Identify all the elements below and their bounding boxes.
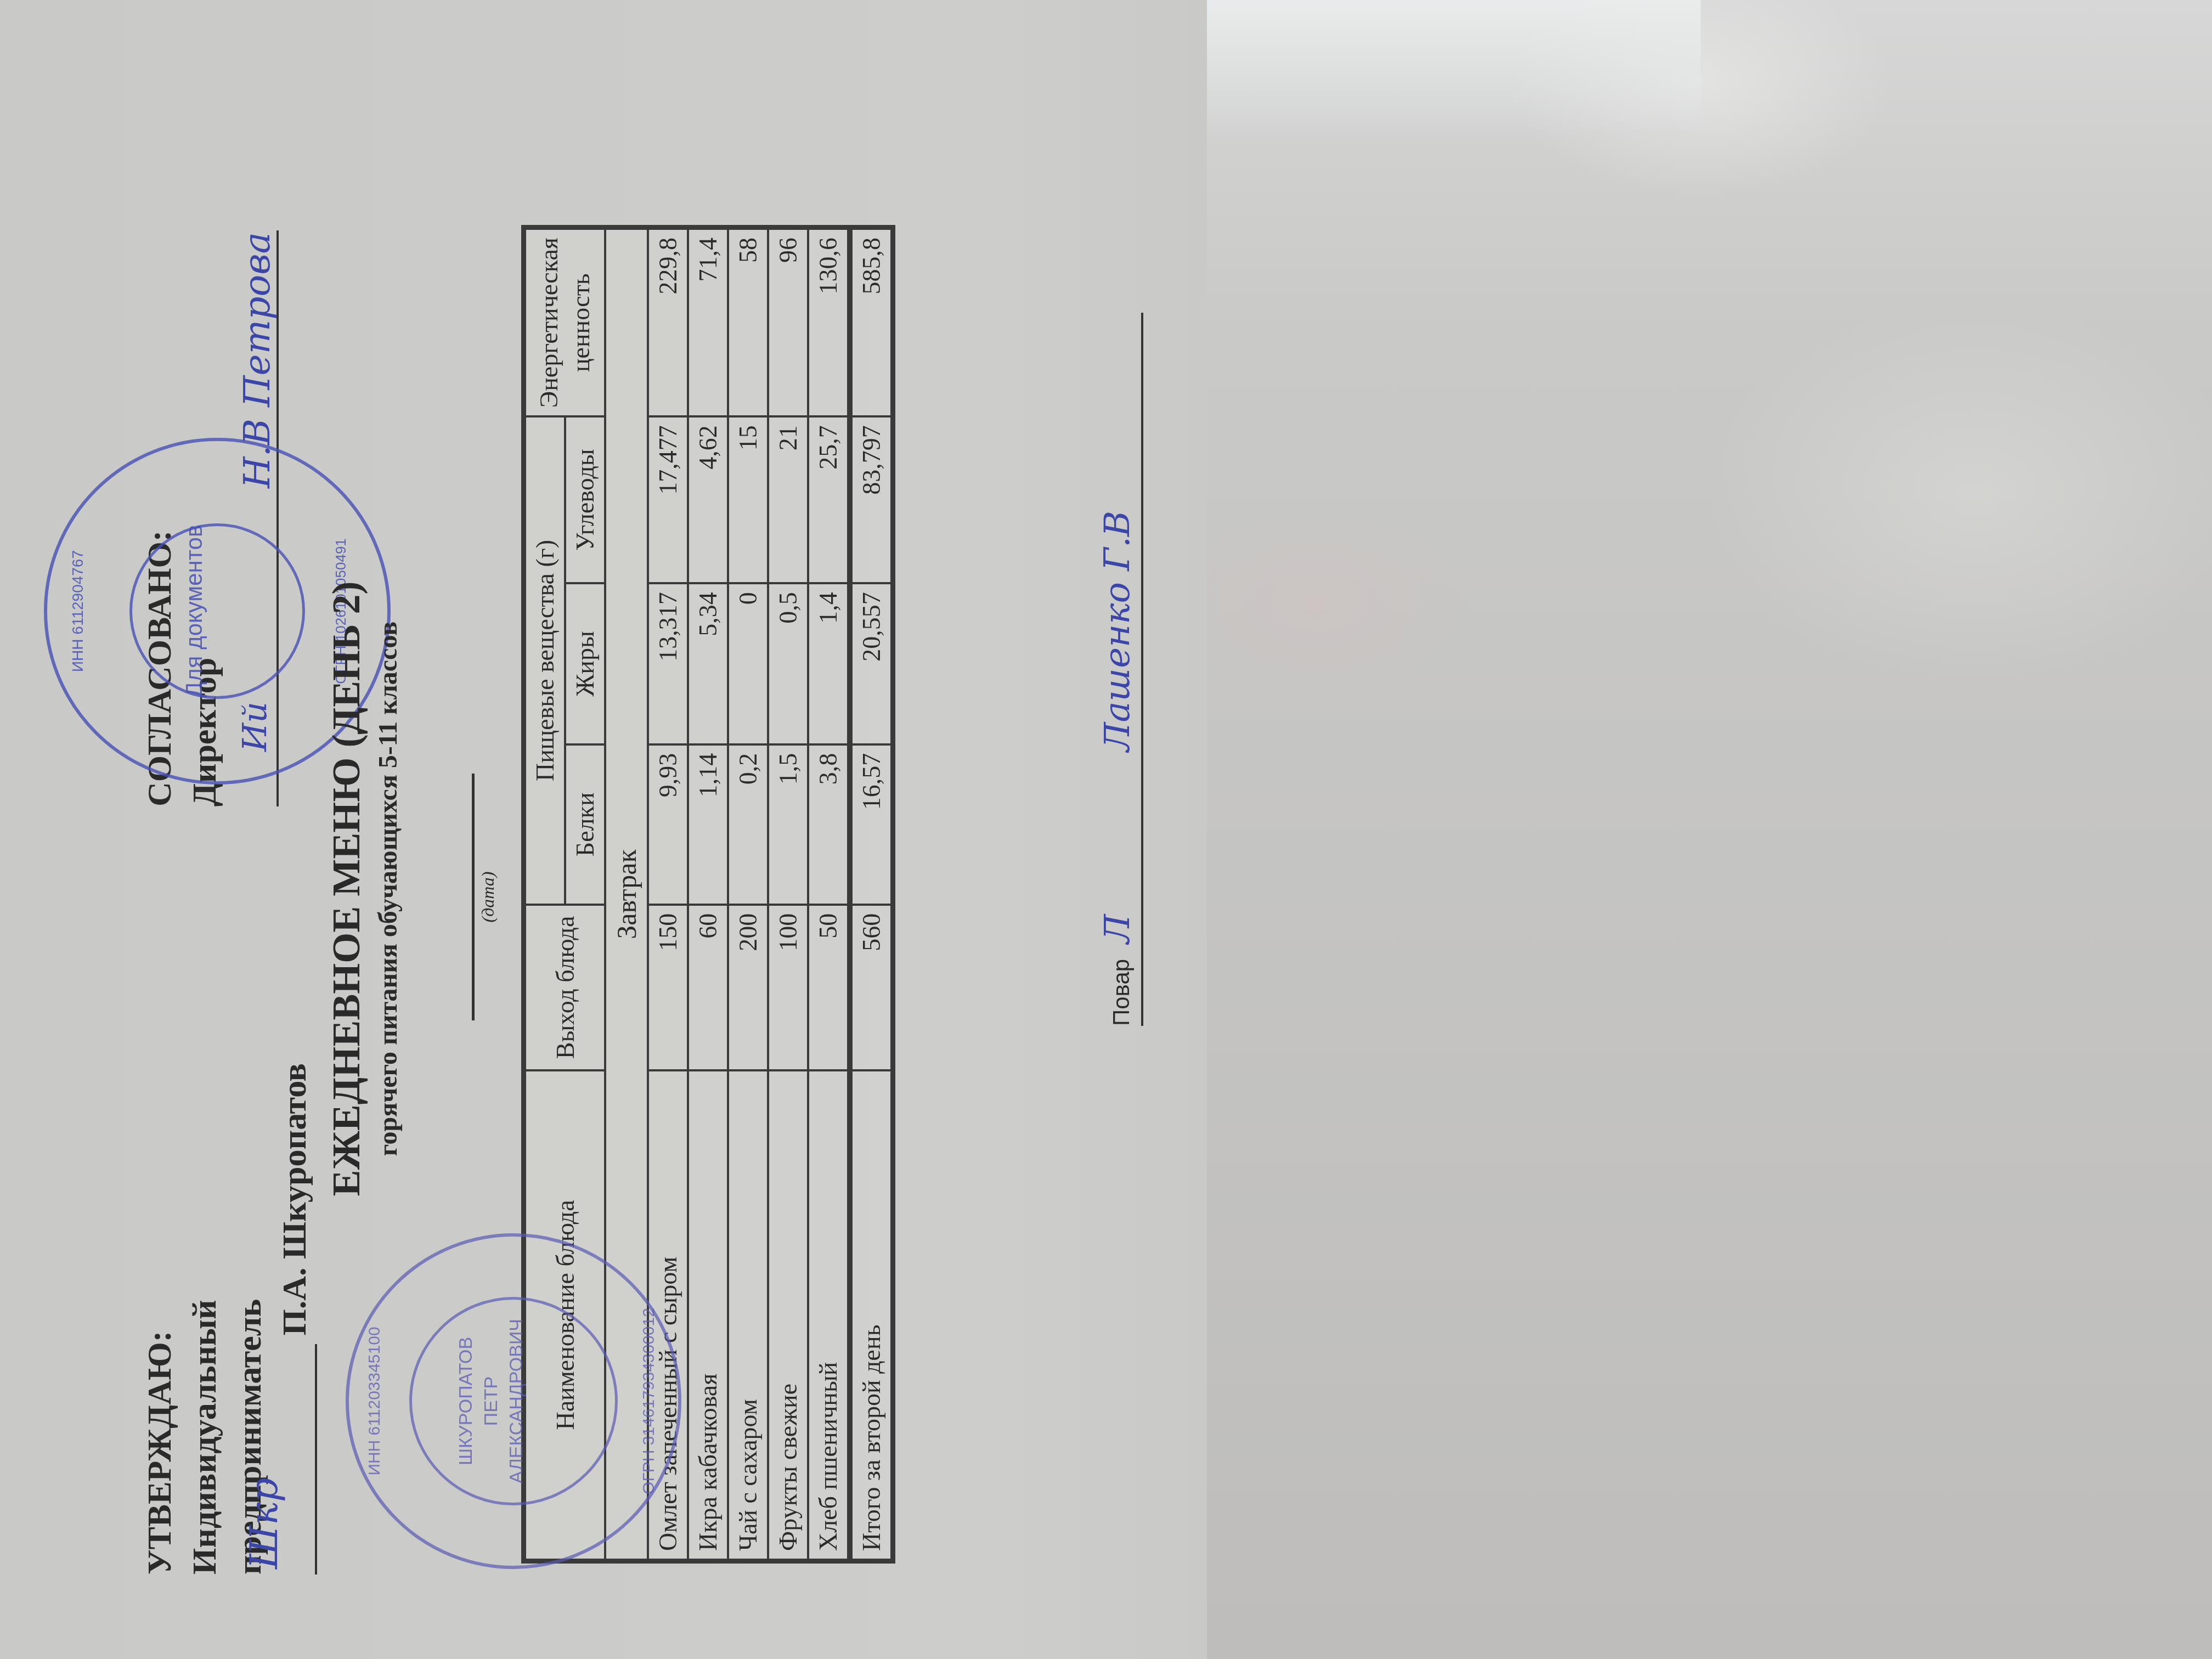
cell-proteins: 1,14: [688, 744, 728, 905]
cell-carbs: 15: [728, 416, 768, 583]
ip-stamp-patronymic: АЛЕКСАНДРОВИЧ: [504, 1302, 529, 1500]
cook-signature-mark: Л: [1097, 915, 1138, 944]
cell-energy: 130,6: [808, 228, 850, 417]
cell-name: Фрукты свежие: [768, 1070, 808, 1561]
cell-carbs: 25,7: [808, 416, 850, 583]
cell-carbs: 21: [768, 416, 808, 583]
cook-signature-line: [1141, 313, 1143, 1026]
ip-stamp-inn: ИНН 611203345100: [365, 1237, 384, 1566]
table-row: Чай с сахаром2000,201558: [728, 228, 768, 1561]
table-row: Фрукты свежие1001,50,52196: [768, 228, 808, 1561]
cell-energy: 71,4: [688, 228, 728, 417]
cell-name: Икра кабачковая: [688, 1070, 728, 1561]
window-glare: [1207, 0, 1701, 137]
approval-signatory: П.А. Шкуропатов: [276, 1063, 313, 1336]
entrepreneur-stamp: ИНН 611203345100 ШКУРОПАТОВ ПЕТР АЛЕКСАН…: [346, 1233, 681, 1569]
cell-fats: 5,34: [688, 583, 728, 744]
header-output: Выход блюда: [524, 905, 606, 1070]
total-name: Итого за второй день: [850, 1070, 893, 1561]
cell-fats: 13,317: [648, 583, 688, 744]
date-field: (дата): [472, 774, 498, 1020]
table-row: Хлеб пшеничный503,81,425,7130,6: [808, 228, 850, 1561]
menu-document: УТВЕРЖДАЮ: Индивидуальный предпринимател…: [137, 203, 1180, 1575]
cell-proteins: 0,2: [728, 744, 768, 905]
cell-output: 100: [768, 905, 808, 1070]
total-fats: 20,557: [850, 583, 893, 744]
approval-block: УТВЕРЖДАЮ: Индивидуальный предпринимател…: [137, 1063, 317, 1575]
ip-stamp-surname: ШКУРОПАТОВ: [453, 1302, 478, 1500]
total-energy: 585,8: [850, 228, 893, 417]
cell-name: Чай с сахаром: [728, 1070, 768, 1561]
cell-output: 150: [648, 905, 688, 1070]
cell-carbs: 17,477: [648, 416, 688, 583]
cell-name: Хлеб пшеничный: [808, 1070, 850, 1561]
cell-output: 60: [688, 905, 728, 1070]
approval-heading: УТВЕРЖДАЮ:: [137, 1063, 182, 1575]
cell-output: 50: [808, 905, 850, 1070]
cell-energy: 58: [728, 228, 768, 417]
cell-energy: 229,8: [648, 228, 688, 417]
header-energy: Энергетическая ценность: [524, 228, 606, 417]
cell-proteins: 3,8: [808, 744, 850, 905]
header-fats: Жиры: [565, 583, 605, 744]
cook-label: Повар: [1108, 959, 1135, 1026]
cook-signature: Лашенко Г.В: [1097, 511, 1138, 752]
cell-fats: 0: [728, 583, 768, 744]
school-stamp-inner-ring: [129, 523, 305, 699]
total-proteins: 16,57: [850, 744, 893, 905]
header-proteins: Белки: [565, 744, 605, 905]
school-stamp-center: Для документов: [179, 523, 210, 699]
cell-output: 200: [728, 905, 768, 1070]
cell-energy: 96: [768, 228, 808, 417]
glass-reflection-background: [1207, 0, 2212, 1659]
ip-stamp-center: ШКУРОПАТОВ ПЕТР АЛЕКСАНДРОВИЧ: [453, 1302, 529, 1500]
total-output: 560: [850, 905, 893, 1070]
school-stamp-inn: ИНН 6112904767: [69, 441, 87, 781]
approval-signature-line: [282, 1344, 317, 1575]
cell-proteins: 9,93: [648, 744, 688, 905]
table-row: Икра кабачковая601,145,344,6271,4: [688, 228, 728, 1561]
total-carbs: 83,797: [850, 416, 893, 583]
cell-fats: 0,5: [768, 583, 808, 744]
total-row: Итого за второй день56016,5720,55783,797…: [850, 228, 893, 1561]
cell-fats: 1,4: [808, 583, 850, 744]
ip-stamp-ogrn: ОГРН 314617934300012: [640, 1237, 658, 1566]
header-nutrients: Пищевые вещества (г): [524, 416, 566, 905]
entrepreneur-signature: Шкр: [241, 1478, 286, 1570]
cell-proteins: 1,5: [768, 744, 808, 905]
approval-line-1: Индивидуальный: [182, 1063, 227, 1575]
ip-stamp-firstname: ПЕТР: [478, 1302, 504, 1500]
cell-carbs: 4,62: [688, 416, 728, 583]
header-carbs: Углеводы: [565, 416, 605, 583]
